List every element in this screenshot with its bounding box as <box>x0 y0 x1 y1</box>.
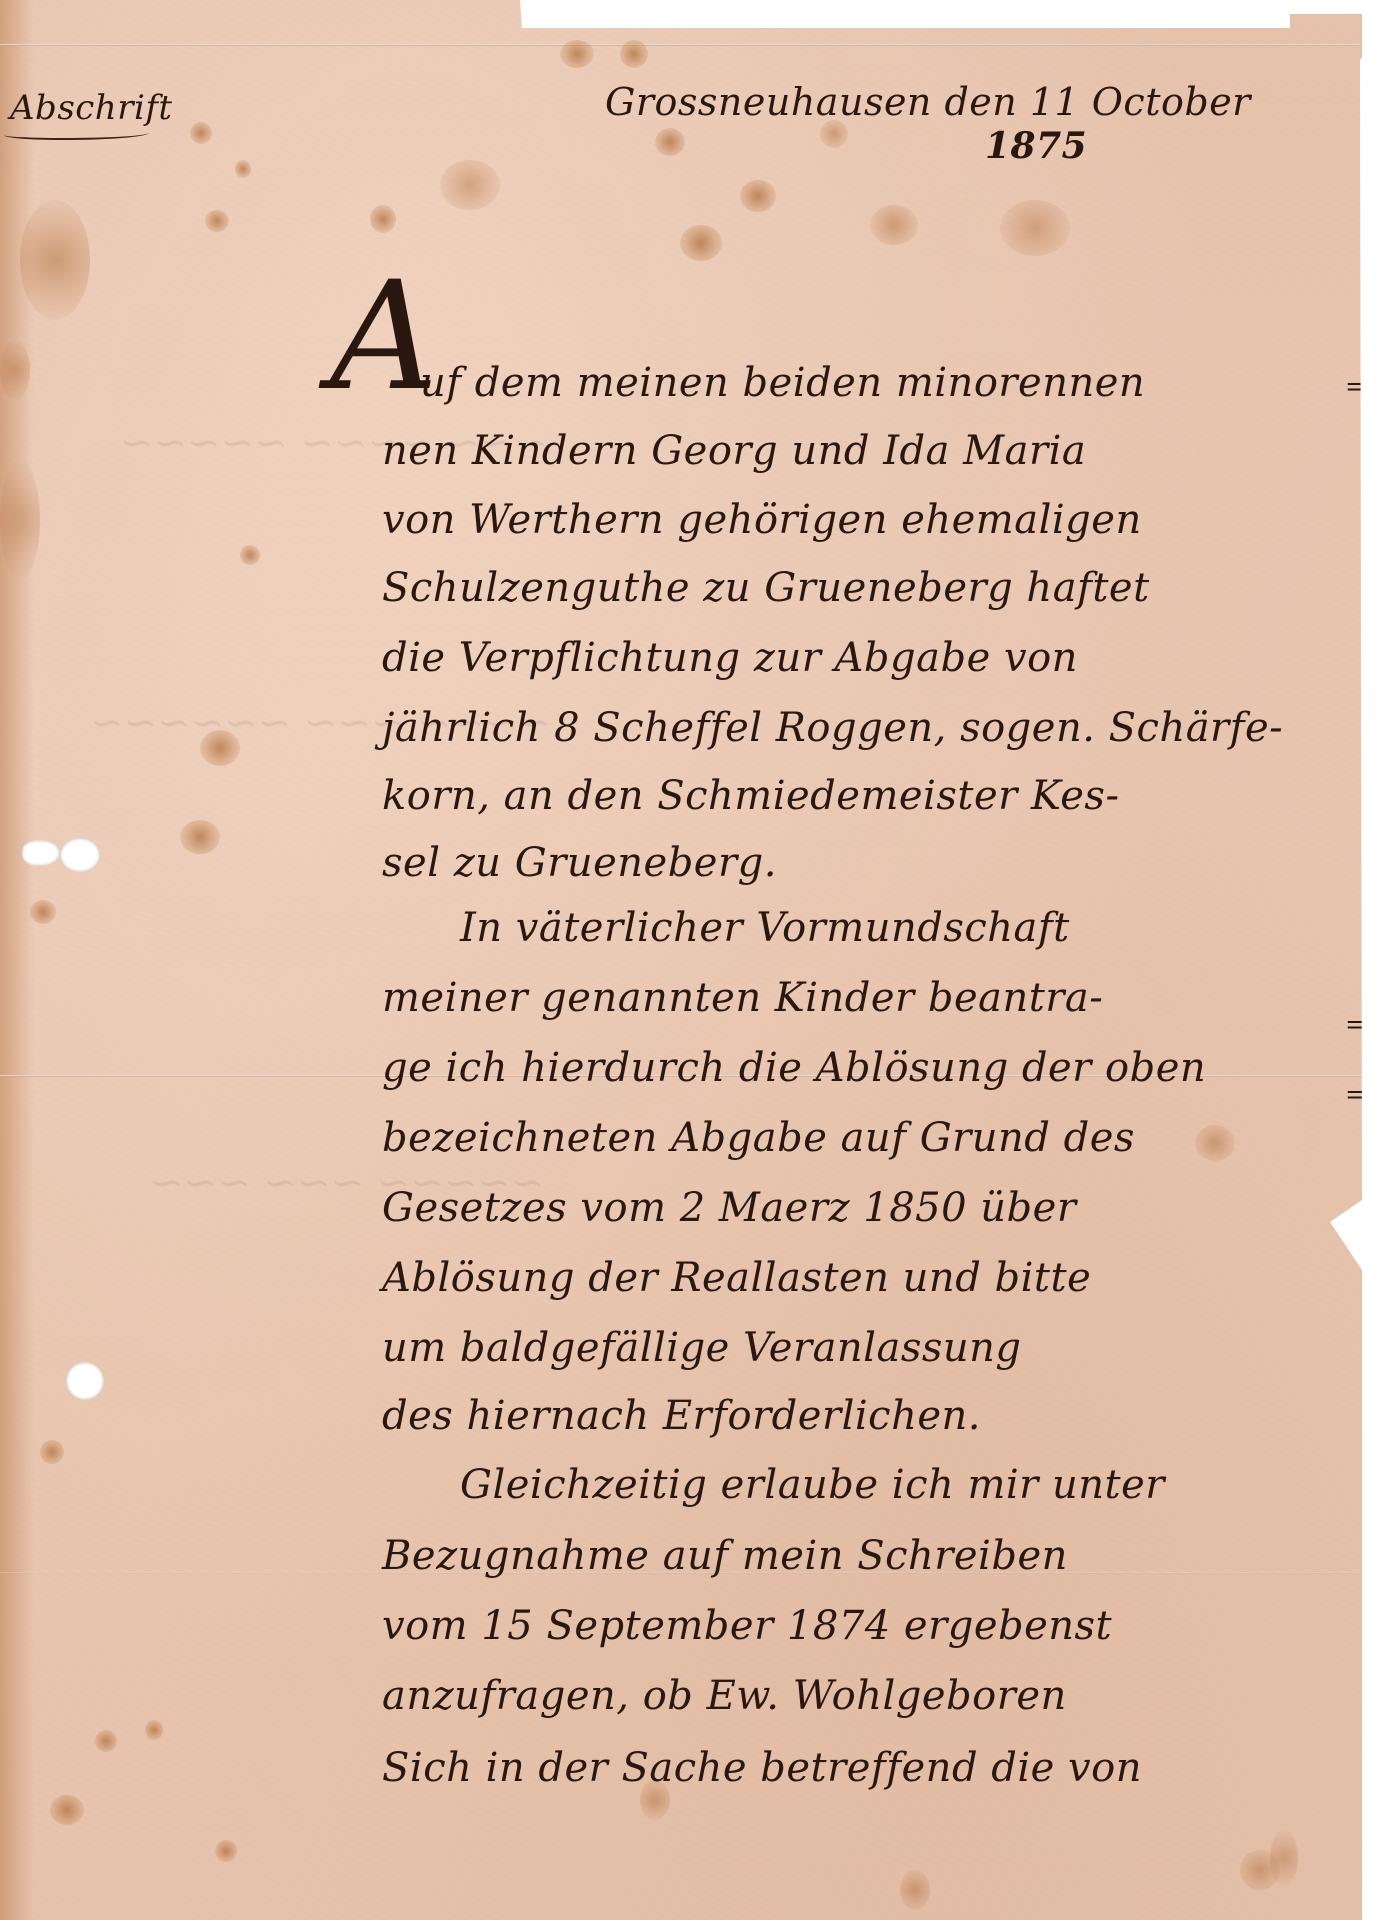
letter-line: Bezugnahme auf mein Schreiben <box>382 1533 1068 1579</box>
foxing-spot <box>820 120 848 148</box>
foxing-spot <box>235 160 251 178</box>
foxing-spot <box>95 1730 117 1752</box>
hyphen-mark: = <box>1345 372 1367 402</box>
foxing-spot <box>680 225 722 261</box>
letter-line: um baldgefällige Veranlassung <box>382 1325 1022 1371</box>
foxing-spot <box>655 128 685 156</box>
letter-line: Ablösung der Reallasten und bitte <box>382 1255 1091 1301</box>
letter-line: anzufragen, ob Ew. Wohlgeboren <box>382 1673 1067 1719</box>
hyphen-mark: = <box>1345 1080 1367 1110</box>
foxing-spot <box>560 40 594 68</box>
foxing-spot <box>1000 200 1070 256</box>
fold-line-top <box>0 44 1362 46</box>
letter-line: nen Kindern Georg und Ida Maria <box>382 428 1086 474</box>
place-date: Grossneuhausen den 11 October <box>605 80 1251 124</box>
letter-line: bezeichneten Abgabe auf Grund des <box>382 1115 1135 1161</box>
foxing-spot <box>440 160 500 210</box>
letter-line: jährlich 8 Scheffel Roggen, sogen. Schär… <box>382 705 1283 751</box>
foxing-spot <box>0 460 40 580</box>
punch-hole-upper <box>22 840 60 866</box>
letter-line: meiner genannten Kinder beantra- <box>382 975 1103 1021</box>
foxing-spot <box>145 1720 163 1740</box>
foxing-spot <box>20 200 90 320</box>
year: 1875 <box>985 125 1087 167</box>
foxing-spot <box>50 1795 84 1825</box>
letter-line: von Werthern gehörigen ehemaligen <box>382 497 1142 543</box>
letter-line: Gesetzes vom 2 Maerz 1850 über <box>382 1185 1076 1231</box>
letter-paper: ~~~ ~~~~ ~~~~~ ~~~~ ~~~ ~~~~~~ ~~~~~ ~~~… <box>0 0 1362 1920</box>
foxing-spot <box>900 1870 930 1910</box>
copy-note: Abschrift <box>10 88 173 128</box>
letter-line: die Verpflichtung zur Abgabe von <box>382 635 1078 681</box>
letter-line: uf dem meinen beiden minorennen <box>420 360 1145 406</box>
foxing-spot <box>40 1440 64 1464</box>
letter-line: Schulzenguthe zu Grueneberg haftet <box>382 565 1150 611</box>
letter-line: Gleichzeitig erlaube ich mir unter <box>460 1462 1165 1508</box>
hyphen-mark: = <box>1345 1010 1367 1040</box>
foxing-spot <box>215 1840 237 1862</box>
foxing-spot <box>370 205 396 233</box>
foxing-spot <box>1270 1830 1298 1886</box>
foxing-spot <box>740 180 776 212</box>
foxing-spot <box>1195 1125 1235 1161</box>
punch-hole-upper <box>60 838 100 872</box>
letter-line: sel zu Grueneberg. <box>382 840 777 886</box>
letter-line: Sich in der Sache betreffend die von <box>382 1745 1142 1791</box>
letter-line: korn, an den Schmiedemeister Kes- <box>382 773 1119 819</box>
letter-line: vom 15 September 1874 ergebenst <box>382 1603 1112 1649</box>
letter-line: des hiernach Erforderlichen. <box>382 1393 981 1439</box>
letter-line: In väterlicher Vormundschaft <box>460 905 1070 951</box>
foxing-spot <box>870 205 918 245</box>
letter-line: ge ich hierdurch die Ablösung der oben <box>382 1045 1206 1091</box>
foxing-spot <box>205 210 229 232</box>
foxing-spot <box>190 122 212 144</box>
foxing-spot <box>0 340 30 400</box>
copy-note-underline <box>4 128 149 140</box>
foxing-spot <box>240 545 260 565</box>
foxing-spot <box>30 900 56 924</box>
foxing-spot <box>620 40 648 68</box>
punch-hole-lower <box>66 1362 104 1400</box>
foxing-spot <box>180 820 220 854</box>
